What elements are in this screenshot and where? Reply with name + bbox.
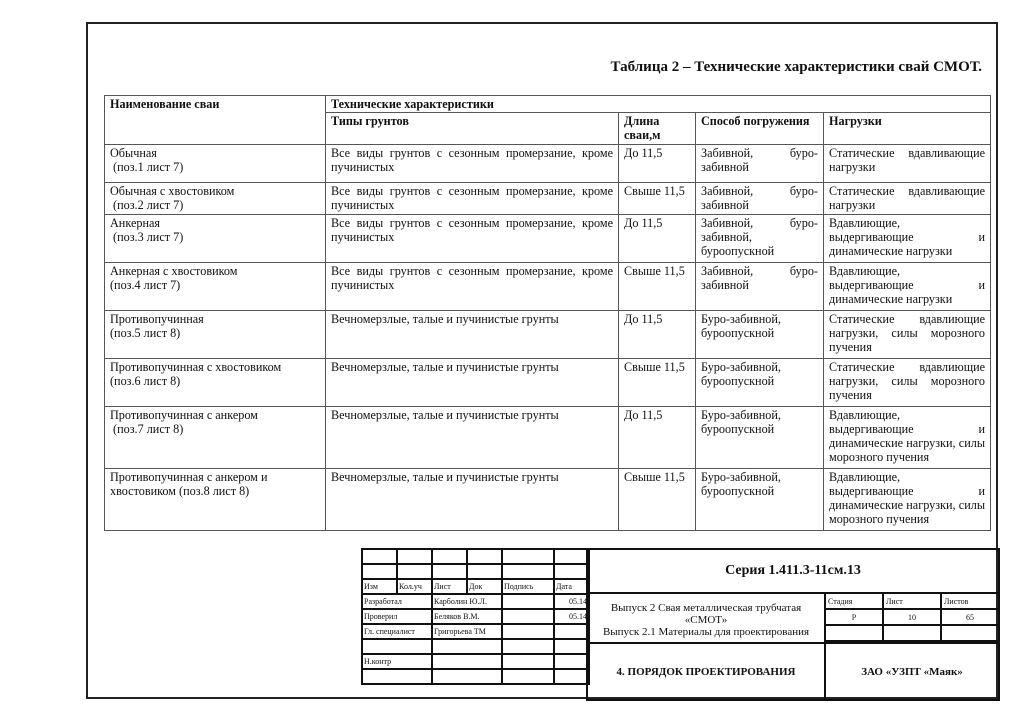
pile-name-cell: Анкерная (поз.3 лист 7) bbox=[105, 215, 326, 263]
table-row: Противопучинная с анкером (поз.7 лист 8)… bbox=[105, 407, 991, 469]
pile-position: хвостовиком (поз.8 лист 8) bbox=[110, 484, 320, 498]
length-cell: До 11,5 bbox=[619, 311, 696, 359]
organization-name: ЗАО «УЗПТ «Маяк» bbox=[824, 642, 1000, 701]
table-row: Обычная с хвостовиком (поз.2 лист 7) Все… bbox=[105, 183, 991, 215]
stamp-izm: Изм bbox=[362, 579, 397, 594]
pile-name-cell: Противопучинная с анкером и хвостовиком … bbox=[105, 469, 326, 531]
date bbox=[554, 639, 589, 654]
pile-position: (поз.3 лист 7) bbox=[110, 230, 320, 244]
sheet-value: 10 bbox=[883, 609, 941, 625]
loads-cell: Статические вдавлиющие нагрузки, силы мо… bbox=[824, 311, 991, 359]
pile-name: Противопучинная с анкером и bbox=[110, 470, 320, 484]
loads-cell: Вдавлиющие, выдергивающие и динамические… bbox=[824, 407, 991, 469]
method-cell: Забивной, буро-забивной bbox=[696, 145, 824, 183]
role: Разработал bbox=[362, 594, 432, 609]
length-cell: До 11,5 bbox=[619, 145, 696, 183]
loads-cell: Вдавлиющие, выдергивающие и динамические… bbox=[824, 215, 991, 263]
soil-types-cell: Все виды грунтов с сезонным промерзание,… bbox=[326, 263, 619, 311]
section-title: 4. ПОРЯДОК ПРОЕКТИРОВАНИЯ bbox=[586, 642, 826, 701]
document-description: Выпуск 2 Свая металлическая трубчатая «С… bbox=[586, 592, 826, 644]
method-cell: Буро-забивной, буроопускной bbox=[696, 407, 824, 469]
method-cell: Забивной, буро-забивной, буроопускной bbox=[696, 215, 824, 263]
stamp-dok: Док bbox=[467, 579, 502, 594]
stamp-role-row bbox=[362, 639, 589, 654]
soil-types-cell: Все виды грунтов с сезонным промерзание,… bbox=[326, 183, 619, 215]
stamp-role-row bbox=[362, 669, 589, 684]
pile-name: Противопучинная с анкером bbox=[110, 408, 320, 422]
table-row: Анкерная (поз.3 лист 7) Все виды грунтов… bbox=[105, 215, 991, 263]
length-cell: Свыше 11,5 bbox=[619, 469, 696, 531]
loads-cell: Вдавлиющие, выдергивающие и динамические… bbox=[824, 263, 991, 311]
loads-cell: Статические вдавливающие нагрузки bbox=[824, 183, 991, 215]
stage-value: Р bbox=[825, 609, 883, 625]
pile-name-cell: Противопучинная (поз.5 лист 8) bbox=[105, 311, 326, 359]
stamp-data: Дата bbox=[554, 579, 589, 594]
table-row: Противопучинная (поз.5 лист 8) Вечномерз… bbox=[105, 311, 991, 359]
table-header-row: Наименование сваи Технические характерис… bbox=[105, 96, 991, 113]
method-cell: Забивной, буро-забивной bbox=[696, 183, 824, 215]
soil-types-cell: Все виды грунтов с сезонным промерзание,… bbox=[326, 215, 619, 263]
sheets-label: Листов bbox=[941, 593, 999, 609]
soil-types-cell: Вечномерзлые, талые и пучинистые грунты bbox=[326, 359, 619, 407]
signature bbox=[502, 609, 554, 624]
pile-name: Обычная с хвостовиком bbox=[110, 184, 320, 198]
length-cell: Свыше 11,5 bbox=[619, 183, 696, 215]
document-title: Таблица 2 – Технические характеристики с… bbox=[0, 59, 982, 76]
role bbox=[362, 669, 432, 684]
pile-position: (поз.2 лист 7) bbox=[110, 198, 320, 212]
stage-label: Стадия bbox=[825, 593, 883, 609]
date: 05.14 bbox=[554, 594, 589, 609]
pile-name: Анкерная bbox=[110, 216, 320, 230]
signature bbox=[502, 654, 554, 669]
method-cell: Буро-забивной, буроопускной bbox=[696, 311, 824, 359]
sheet-info: Стадия Лист Листов Р 10 65 bbox=[824, 592, 1000, 642]
table-row: Противопучинная с хвостовиком (поз.6 лис… bbox=[105, 359, 991, 407]
loads-cell: Статические вдавлиющие нагрузки, силы мо… bbox=[824, 359, 991, 407]
length-cell: Свыше 11,5 bbox=[619, 263, 696, 311]
sheet-label: Лист bbox=[883, 593, 941, 609]
pile-name: Противопучинная bbox=[110, 312, 320, 326]
header-length: Длина сваи,м bbox=[619, 113, 696, 145]
header-loads: Нагрузки bbox=[824, 113, 991, 145]
stamp-podpis: Подпись bbox=[502, 579, 554, 594]
soil-types-cell: Вечномерзлые, талые и пучинистые грунты bbox=[326, 469, 619, 531]
stamp-kol-uch: Кол.уч bbox=[397, 579, 432, 594]
pile-characteristics-table: Наименование сваи Технические характерис… bbox=[104, 95, 991, 531]
soil-types-cell: Вечномерзлые, талые и пучинистые грунты bbox=[326, 311, 619, 359]
description-line-3: Выпуск 2.1 Материалы для проектирования bbox=[588, 626, 824, 638]
description-line-2: «СМОТ» bbox=[588, 614, 824, 626]
person bbox=[432, 639, 502, 654]
table-row: Обычная (поз.1 лист 7) Все виды грунтов … bbox=[105, 145, 991, 183]
pile-name-cell: Обычная с хвостовиком (поз.2 лист 7) bbox=[105, 183, 326, 215]
title-block: Изм Кол.уч Лист Док Подпись Дата Разрабо… bbox=[361, 548, 1000, 701]
pile-position: (поз.5 лист 8) bbox=[110, 326, 320, 340]
table-row: Противопучинная с анкером и хвостовиком … bbox=[105, 469, 991, 531]
method-cell: Забивной, буро-забивной bbox=[696, 263, 824, 311]
person bbox=[432, 669, 502, 684]
person: Григорьева ТМ bbox=[432, 624, 502, 639]
date bbox=[554, 669, 589, 684]
title-block-signatures: Изм Кол.уч Лист Док Подпись Дата Разрабо… bbox=[361, 548, 590, 685]
signature bbox=[502, 669, 554, 684]
stamp-role-row: Разработал Карболин Ю.Л. 05.14 bbox=[362, 594, 589, 609]
stamp-role-row: Н.контр bbox=[362, 654, 589, 669]
pile-name: Противопучинная с хвостовиком bbox=[110, 360, 320, 374]
signature bbox=[502, 594, 554, 609]
pile-name: Анкерная с хвостовиком bbox=[110, 264, 320, 278]
series-number: Серия 1.411.3-11см.13 bbox=[586, 548, 1000, 594]
pile-position: (поз.4 лист 7) bbox=[110, 278, 320, 292]
person bbox=[432, 654, 502, 669]
pile-position: (поз.7 лист 8) bbox=[110, 422, 320, 436]
pile-name-cell: Противопучинная с хвостовиком (поз.6 лис… bbox=[105, 359, 326, 407]
loads-cell: Вдавлиющие, выдергивающие и динамические… bbox=[824, 469, 991, 531]
stamp-header-row: Изм Кол.уч Лист Док Подпись Дата bbox=[362, 579, 589, 594]
date: 05.14 bbox=[554, 609, 589, 624]
pile-name-cell: Противопучинная с анкером (поз.7 лист 8) bbox=[105, 407, 326, 469]
header-method: Способ погружения bbox=[696, 113, 824, 145]
signature bbox=[502, 624, 554, 639]
length-cell: До 11,5 bbox=[619, 407, 696, 469]
person: Карболин Ю.Л. bbox=[432, 594, 502, 609]
pile-position: (поз.1 лист 7) bbox=[110, 160, 320, 174]
role: Н.контр bbox=[362, 654, 432, 669]
soil-types-cell: Вечномерзлые, талые и пучинистые грунты bbox=[326, 407, 619, 469]
pile-name-cell: Обычная (поз.1 лист 7) bbox=[105, 145, 326, 183]
method-cell: Буро-забивной, буроопускной bbox=[696, 359, 824, 407]
pile-name: Обычная bbox=[110, 146, 320, 160]
stamp-role-row: Проверил Беляков В.М. 05.14 bbox=[362, 609, 589, 624]
table-row: Анкерная с хвостовиком (поз.4 лист 7) Вс… bbox=[105, 263, 991, 311]
signature bbox=[502, 639, 554, 654]
role bbox=[362, 639, 432, 654]
date bbox=[554, 654, 589, 669]
soil-types-cell: Все виды грунтов с сезонным промерзание,… bbox=[326, 145, 619, 183]
method-cell: Буро-забивной, буроопускной bbox=[696, 469, 824, 531]
role: Проверил bbox=[362, 609, 432, 624]
sheets-value: 65 bbox=[941, 609, 999, 625]
header-pile-name: Наименование сваи bbox=[105, 96, 326, 145]
stamp-role-row: Гл. специалист Григорьева ТМ bbox=[362, 624, 589, 639]
pile-position: (поз.6 лист 8) bbox=[110, 374, 320, 388]
header-tech-characteristics: Технические характеристики bbox=[326, 96, 991, 113]
loads-cell: Статические вдавливающие нагрузки bbox=[824, 145, 991, 183]
person: Беляков В.М. bbox=[432, 609, 502, 624]
date bbox=[554, 624, 589, 639]
length-cell: Свыше 11,5 bbox=[619, 359, 696, 407]
stamp-list: Лист bbox=[432, 579, 467, 594]
role: Гл. специалист bbox=[362, 624, 432, 639]
header-soil-types: Типы грунтов bbox=[326, 113, 619, 145]
length-cell: До 11,5 bbox=[619, 215, 696, 263]
description-line-1: Выпуск 2 Свая металлическая трубчатая bbox=[588, 602, 824, 614]
pile-name-cell: Анкерная с хвостовиком (поз.4 лист 7) bbox=[105, 263, 326, 311]
